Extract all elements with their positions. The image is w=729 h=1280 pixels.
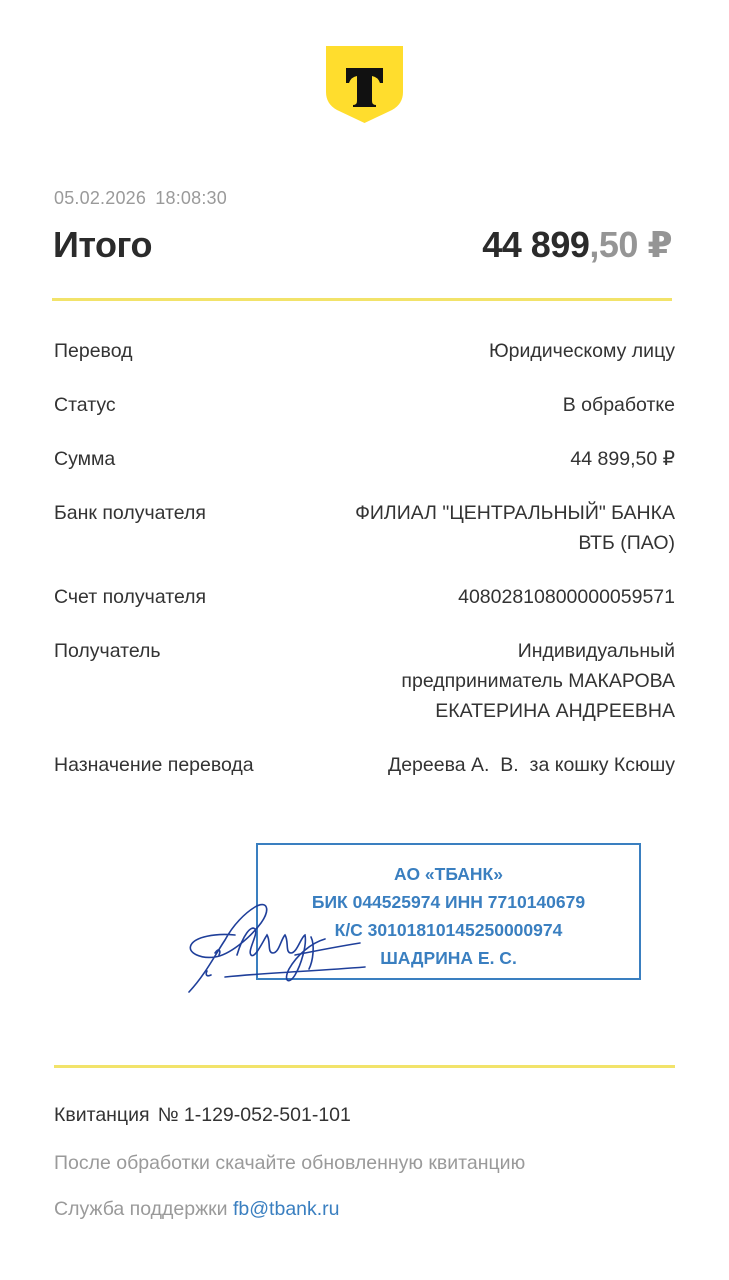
detail-value: 44 899,50 ₽ xyxy=(570,444,675,474)
support-label: Служба поддержки xyxy=(54,1198,228,1220)
ruble-icon: ₽ xyxy=(647,224,672,265)
date: 05.02.2026 xyxy=(54,188,146,208)
divider-bottom xyxy=(54,1065,675,1068)
detail-row-recipient: Получатель Индивидуальный предпринимател… xyxy=(54,636,675,726)
detail-value: ФИЛИАЛ "ЦЕНТРАЛЬНЫЙ" БАНКА ВТБ (ПАО) xyxy=(325,498,675,558)
detail-label: Банк получателя xyxy=(54,498,206,528)
total-amount: 44 899,50 ₽ xyxy=(482,224,672,266)
detail-label: Перевод xyxy=(54,336,133,366)
total-integer: 44 899 xyxy=(482,224,589,265)
detail-row-recipient-bank: Банк получателя ФИЛИАЛ "ЦЕНТРАЛЬНЫЙ" БАН… xyxy=(54,498,675,558)
detail-row-transfer-type: Перевод Юридическому лицу xyxy=(54,336,675,366)
detail-label: Назначение перевода xyxy=(54,750,254,780)
detail-row-status: Статус В обработке xyxy=(54,390,675,420)
total-cents: ,50 xyxy=(589,224,638,265)
detail-value: Дереева А. В. за кошку Ксюшу xyxy=(388,750,675,780)
detail-label: Сумма xyxy=(54,444,115,474)
detail-label: Счет получателя xyxy=(54,582,206,612)
shield-logo-icon xyxy=(326,46,403,123)
stamp-line-bank: АО «ТБАНК» xyxy=(258,860,639,888)
detail-label: Получатель xyxy=(54,636,161,666)
total-label: Итого xyxy=(53,224,152,266)
time: 18:08:30 xyxy=(155,188,227,208)
detail-row-amount: Сумма 44 899,50 ₽ xyxy=(54,444,675,474)
detail-row-recipient-account: Счет получателя 40802810800000059571 xyxy=(54,582,675,612)
detail-value: Юридическому лицу xyxy=(489,336,675,366)
tbank-logo xyxy=(326,46,403,123)
divider-top xyxy=(52,298,672,301)
detail-value: Индивидуальный предприниматель МАКАРОВА … xyxy=(365,636,675,726)
details-list: Перевод Юридическому лицу Статус В обраб… xyxy=(54,336,675,780)
support-line: Служба поддержки fb@tbank.ru xyxy=(54,1198,340,1221)
detail-row-purpose: Назначение перевода Дереева А. В. за кош… xyxy=(54,750,675,780)
receipt-label: Квитанция xyxy=(54,1104,150,1126)
signature-icon xyxy=(185,895,380,995)
status-value: В обработке xyxy=(563,390,675,420)
detail-value: 40802810800000059571 xyxy=(458,582,675,612)
download-note: После обработки скачайте обновленную кви… xyxy=(54,1152,525,1175)
receipt-number-value: № 1-129-052-501-101 xyxy=(158,1104,351,1126)
timestamp: 05.02.2026 18:08:30 xyxy=(54,188,227,209)
receipt-number: Квитанция№ 1-129-052-501-101 xyxy=(54,1104,351,1127)
support-email-link[interactable]: fb@tbank.ru xyxy=(233,1198,340,1220)
detail-label: Статус xyxy=(54,390,116,420)
